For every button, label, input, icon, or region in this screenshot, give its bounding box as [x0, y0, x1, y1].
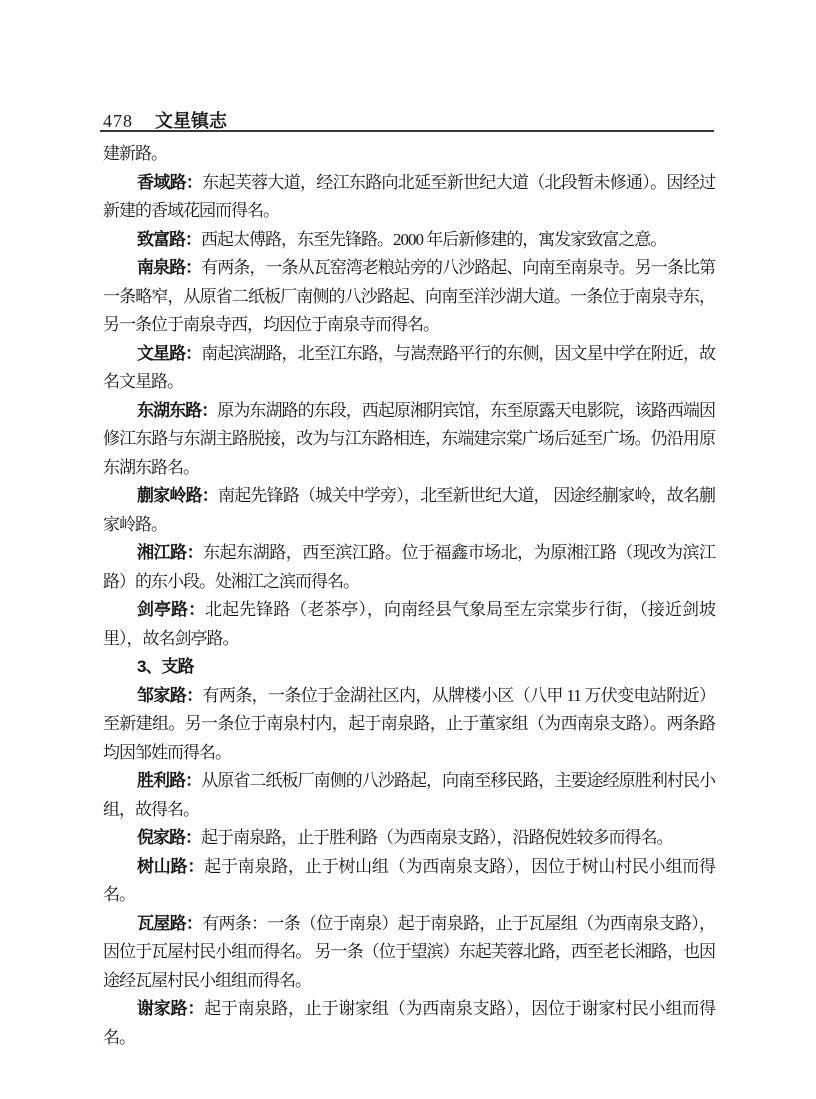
road-entry-paragraph: 瓦屋路：有两条：一条（位于南泉）起于南泉路，止于瓦屋组（为西南泉支路），因位于瓦…: [103, 910, 715, 996]
road-name-label: 邹家路：: [137, 686, 203, 705]
road-entry-paragraph: 树山路：起于南泉路，止于树山组（为西南泉支路），因位于树山村民小组而得名。: [103, 853, 715, 910]
road-entry-text: 西起太傅路，东至先锋路。2000 年后新修建的，寓发家致富之意。: [201, 230, 666, 249]
road-entry-text: 起于南泉路，止于胜利路（为西南泉支路），沿路倪姓较多而得名。: [201, 828, 673, 847]
road-name-label: 致富路：: [137, 230, 201, 249]
road-name-label: 东湖东路：: [137, 401, 217, 420]
section-heading: 3、支路: [103, 653, 715, 682]
road-entry-paragraph: 蒯家岭路：南起先锋路（城关中学旁），北至新世纪大道， 因途经蒯家岭，故名蒯家岭路…: [103, 482, 715, 539]
road-entry-paragraph: 湘江路：东起东湖路，西至滨江路。位于福鑫市场北，为原湘江路（现改为滨江路）的东小…: [103, 539, 715, 596]
road-entry-paragraph: 倪家路：起于南泉路，止于胜利路（为西南泉支路），沿路倪姓较多而得名。: [103, 824, 715, 853]
road-name-label: 南泉路：: [137, 258, 201, 277]
road-entry-paragraph: 剑亭路：北起先锋路（老茶亭），向南经县气象局至左宗棠步行街，（接近剑坡里），故名…: [103, 596, 715, 653]
page-number: 478: [103, 111, 133, 131]
road-name-label: 树山路：: [137, 857, 204, 876]
road-entry-paragraph: 胜利路：从原省二纸板厂南侧的八沙路起，向南至移民路，主要途经原胜利村民小组，故得…: [103, 767, 715, 824]
road-entry-paragraph: 东湖东路：原为东湖路的东段，西起原湘阴宾馆，东至原露天电影院，该路西端因修江东路…: [103, 397, 715, 483]
road-entry-paragraph: 邹家路：有两条，一条位于金湖社区内，从牌楼小区（八甲 11 万伏变电站附近）至新…: [103, 682, 715, 768]
document-page: 478文星镇志 建新路。香域路：东起芙蓉大道，经江东路向北延至新世纪大道（北段暂…: [0, 0, 816, 1099]
road-name-label: 谢家路：: [137, 999, 204, 1018]
book-title: 文星镇志: [155, 111, 227, 131]
road-name-label: 蒯家岭路：: [137, 486, 218, 505]
road-entry-paragraph: 致富路：西起太傅路，东至先锋路。2000 年后新修建的，寓发家致富之意。: [103, 226, 715, 255]
road-entry-paragraph: 南泉路：有两条，一条从瓦窑湾老粮站旁的八沙路起、向南至南泉寺。另一条比第一条略窄…: [103, 254, 715, 340]
road-name-label: 瓦屋路：: [137, 914, 202, 933]
road-name-label: 剑亭路：: [137, 600, 205, 619]
road-name-label: 胜利路：: [137, 771, 201, 790]
road-name-label: 香域路：: [137, 173, 202, 192]
continuation-paragraph: 建新路。: [103, 140, 715, 169]
header-divider: [100, 130, 714, 132]
road-entry-paragraph: 谢家路：起于南泉路，止于谢家组（为西南泉支路），因位于谢家村民小组而得名。: [103, 995, 715, 1052]
road-entry-paragraph: 文星路：南起滨湖路，北至江东路，与嵩焘路平行的东侧，因文星中学在附近，故名文星路…: [103, 340, 715, 397]
page-body: 建新路。香域路：东起芙蓉大道，经江东路向北延至新世纪大道（北段暂未修通）。因经过…: [103, 140, 715, 1052]
road-entry-paragraph: 香域路：东起芙蓉大道，经江东路向北延至新世纪大道（北段暂未修通）。因经过新建的香…: [103, 169, 715, 226]
road-name-label: 文星路：: [137, 344, 201, 363]
road-name-label: 湘江路：: [137, 543, 203, 562]
road-name-label: 倪家路：: [137, 828, 201, 847]
